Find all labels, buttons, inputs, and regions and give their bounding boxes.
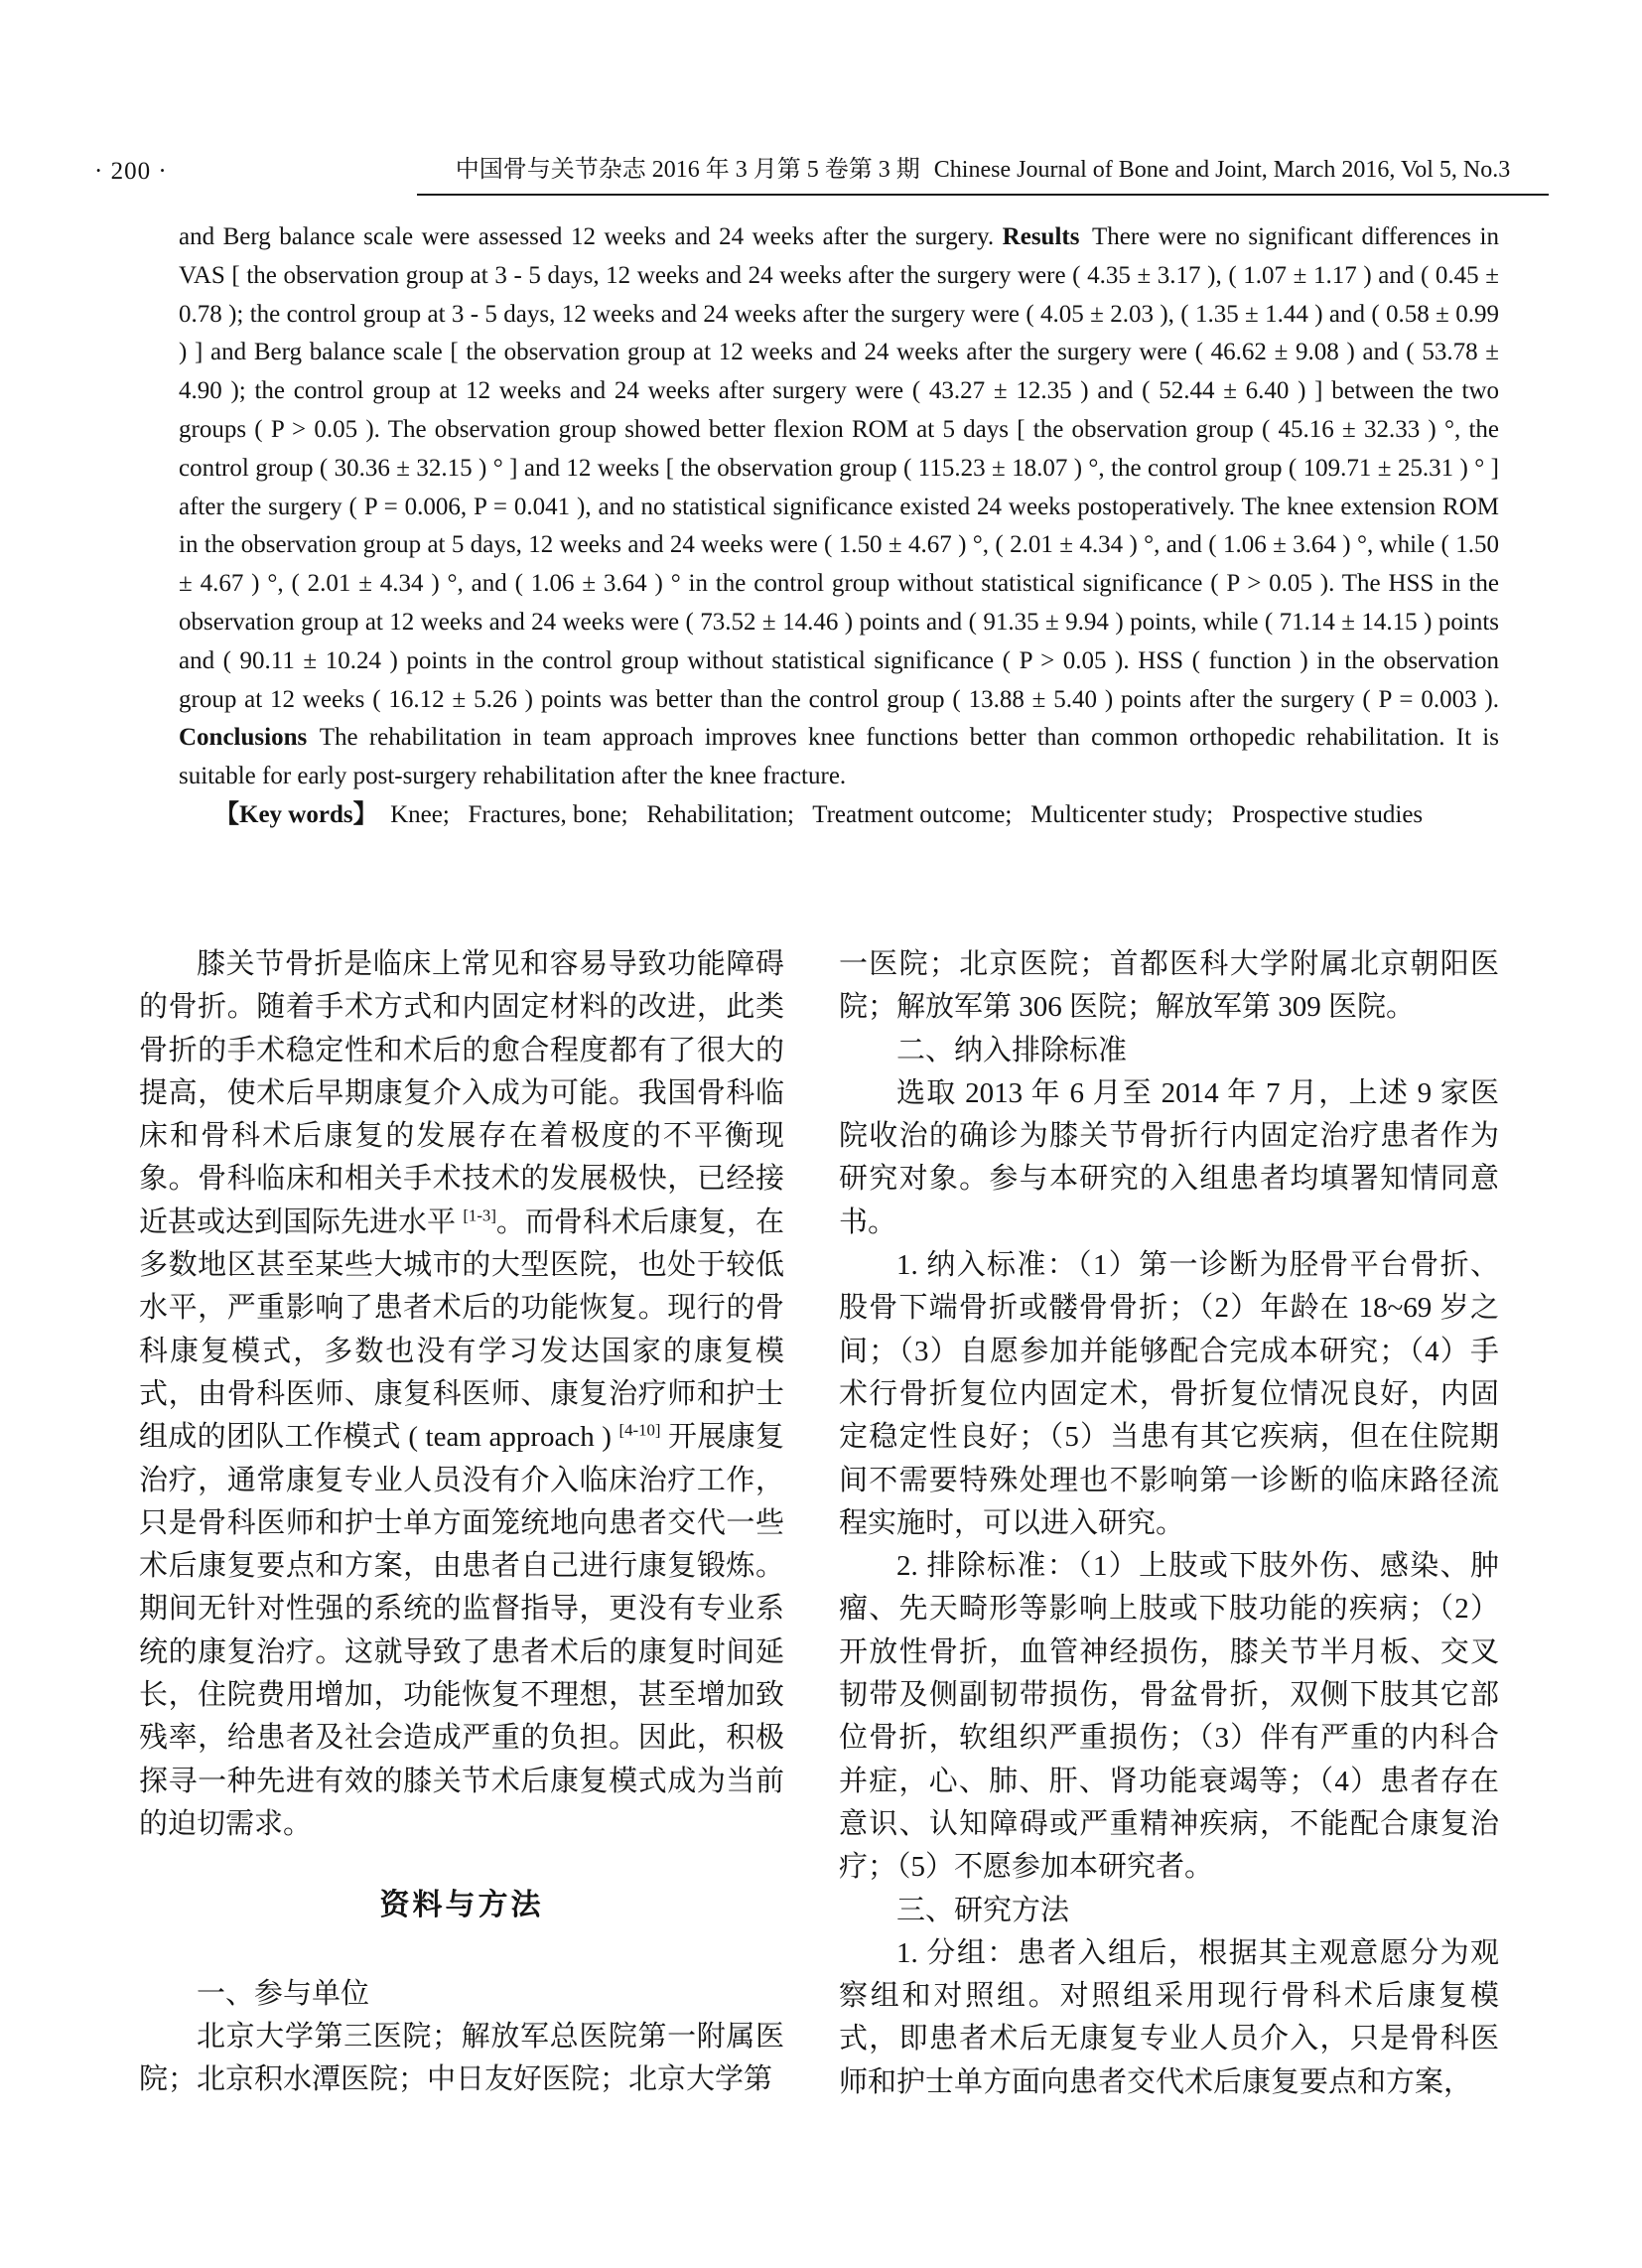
results-label: Results [1003, 223, 1080, 250]
subsection-participating-units: 一、参与单位 [139, 1973, 784, 2016]
right-column-blocks: 一医院；北京医院；首都医科大学附属北京朝阳医院；解放军第 306 医院；解放军第… [839, 943, 1499, 2104]
journal-title: 中国骨与关节杂志 2016 年 3 月第 5 卷第 3 期Chinese Jou… [417, 149, 1549, 196]
exclusion-criteria-paragraph: 2. 排除标准：（1）上肢或下肢外伤、感染、肿瘤、先天畸形等影响上肢或下肢功能的… [839, 1545, 1499, 1889]
journal-title-chinese: 中国骨与关节杂志 2016 年 3 月第 5 卷第 3 期 [456, 157, 920, 183]
conclusions-label: Conclusions [179, 724, 307, 751]
right-column: 一医院；北京医院；首都医科大学附属北京朝阳医院；解放军第 306 医院；解放军第… [839, 943, 1499, 2104]
intro-text: 开展康复治疗，通常康复专业人员没有介入临床治疗工作，只是骨科医师和护士单方面笼统… [139, 1421, 784, 1840]
intro-text: 。而骨科术后康复，在多数地区甚至某些大城市的大型医院，也处于较低水平，严重影响了… [139, 1206, 784, 1453]
abstract-text: There were no significant differences in… [179, 223, 1499, 713]
page-header: · 200 · 中国骨与关节杂志 2016 年 3 月第 5 卷第 3 期Chi… [94, 149, 1549, 196]
reference-superscript: [4-10] [618, 1421, 660, 1440]
abstract-paragraph: and Berg balance scale were assessed 12 … [179, 218, 1499, 796]
reference-superscript: [1-3] [463, 1205, 496, 1224]
study-subjects-paragraph: 选取 2013 年 6 月至 2014 年 7 月，上述 9 家医院收治的确诊为… [839, 1072, 1499, 1244]
subsection-methods: 三、研究方法 [839, 1890, 1499, 1932]
abstract-text: and Berg balance scale were assessed 12 … [179, 223, 1003, 250]
page-number: · 200 · [94, 158, 417, 196]
journal-page: · 200 · 中国骨与关节杂志 2016 年 3 月第 5 卷第 3 期Chi… [0, 0, 1642, 2268]
inclusion-criteria-paragraph: 1. 纳入标准：（1）第一诊断为胫骨平台骨折、股骨下端骨折或髅骨骨折；（2）年龄… [839, 1244, 1499, 1545]
participants-continued-paragraph: 一医院；北京医院；首都医科大学附属北京朝阳医院；解放军第 306 医院；解放军第… [839, 943, 1499, 1030]
abstract-text: The rehabilitation in team approach impr… [179, 724, 1499, 789]
introduction-paragraph: 膝关节骨折是临床上常见和容易导致功能障碍的骨折。随着手术方式和内固定材料的改进，… [139, 943, 784, 1846]
participants-paragraph: 北京大学第三医院；解放军总医院第一附属医院；北京积水潭医院；中日友好医院；北京大… [139, 2016, 784, 2102]
keywords-line: 【Key words】 Knee; Fractures, bone; Rehab… [179, 796, 1499, 835]
english-abstract: and Berg balance scale were assessed 12 … [179, 218, 1499, 835]
subsection-inclusion-exclusion: 二、纳入排除标准 [839, 1030, 1499, 1072]
body-columns: 膝关节骨折是临床上常见和容易导致功能障碍的骨折。随着手术方式和内固定材料的改进，… [139, 943, 1499, 2104]
intro-text: 膝关节骨折是临床上常见和容易导致功能障碍的骨折。随着手术方式和内固定材料的改进，… [139, 948, 784, 1238]
section-heading-materials-methods: 资料与方法 [139, 1884, 784, 1926]
journal-title-english: Chinese Journal of Bone and Joint, March… [934, 157, 1510, 183]
grouping-paragraph: 1. 分组：患者入组后，根据其主观意愿分为观察组和对照组。对照组采用现行骨科术后… [839, 1932, 1499, 2104]
keywords-label: 【Key words】 [214, 801, 378, 828]
left-column-blocks: 一、参与单位北京大学第三医院；解放军总医院第一附属医院；北京积水潭医院；中日友好… [139, 1973, 784, 2102]
left-column: 膝关节骨折是临床上常见和容易导致功能障碍的骨折。随着手术方式和内固定材料的改进，… [139, 943, 784, 2104]
keywords-text: Knee; Fractures, bone; Rehabilitation; T… [378, 801, 1424, 828]
